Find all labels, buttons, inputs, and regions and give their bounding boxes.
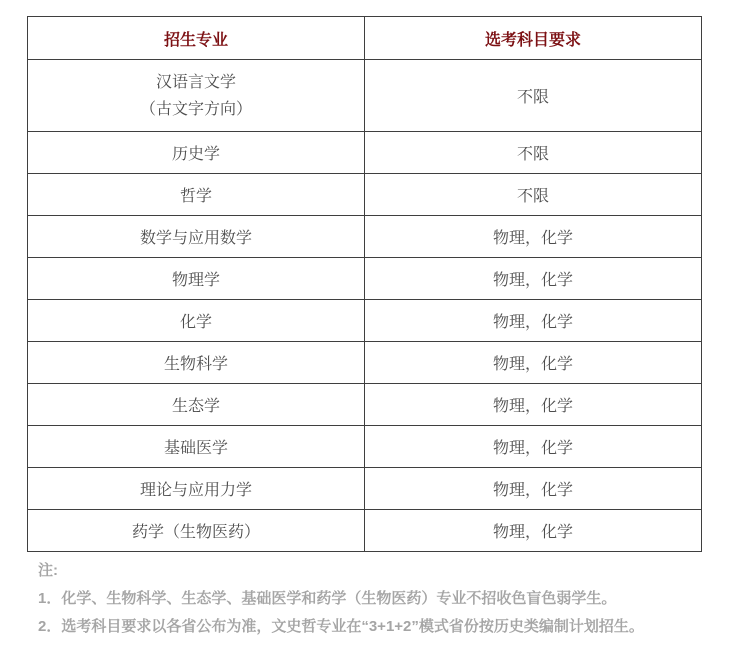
table-row: 生物科学 物理，化学 <box>28 342 702 384</box>
table-row: 生态学 物理，化学 <box>28 384 702 426</box>
major-cell: 历史学 <box>28 132 365 174</box>
major-cell: 理论与应用力学 <box>28 468 365 510</box>
column-header-requirement: 选考科目要求 <box>365 17 702 60</box>
major-cell: 基础医学 <box>28 426 365 468</box>
requirement-cell: 物理，化学 <box>365 300 702 342</box>
table-row: 基础医学 物理，化学 <box>28 426 702 468</box>
requirement-cell: 不限 <box>365 174 702 216</box>
major-line-2: （古文字方向） <box>28 96 364 123</box>
note-item-1: 1．化学、生物科学、生态学、基础医学和药学（生物医药）专业不招收色盲色弱学生。 <box>38 590 702 608</box>
requirement-cell: 物理，化学 <box>365 216 702 258</box>
table-row: 药学（生物医药） 物理，化学 <box>28 510 702 552</box>
major-cell: 生态学 <box>28 384 365 426</box>
requirement-cell: 不限 <box>365 132 702 174</box>
column-header-major: 招生专业 <box>28 17 365 60</box>
major-cell: 数学与应用数学 <box>28 216 365 258</box>
table-row: 汉语言文学 （古文字方向） 不限 <box>28 60 702 132</box>
major-line-1: 汉语言文学 <box>28 69 364 96</box>
table-row: 历史学 不限 <box>28 132 702 174</box>
major-cell: 化学 <box>28 300 365 342</box>
admissions-requirements-page: 招生专业 选考科目要求 汉语言文学 （古文字方向） 不限 历史学 不限 哲学 不… <box>0 0 731 655</box>
table-row: 哲学 不限 <box>28 174 702 216</box>
note-item-2: 2．选考科目要求以各省公布为准，文史哲专业在“3+1+2”模式省份按历史类编制计… <box>38 618 702 636</box>
table-row: 物理学 物理，化学 <box>28 258 702 300</box>
major-cell: 生物科学 <box>28 342 365 384</box>
requirement-cell: 物理，化学 <box>365 342 702 384</box>
major-cell: 药学（生物医药） <box>28 510 365 552</box>
major-cell: 汉语言文学 （古文字方向） <box>28 60 365 132</box>
requirement-cell: 物理，化学 <box>365 510 702 552</box>
table-row: 化学 物理，化学 <box>28 300 702 342</box>
table-row: 理论与应用力学 物理，化学 <box>28 468 702 510</box>
table-row: 数学与应用数学 物理，化学 <box>28 216 702 258</box>
requirement-cell: 物理，化学 <box>365 258 702 300</box>
requirement-cell: 物理，化学 <box>365 468 702 510</box>
requirement-cell: 物理，化学 <box>365 426 702 468</box>
majors-requirements-table: 招生专业 选考科目要求 汉语言文学 （古文字方向） 不限 历史学 不限 哲学 不… <box>27 16 702 552</box>
major-cell: 物理学 <box>28 258 365 300</box>
requirement-cell: 物理，化学 <box>365 384 702 426</box>
notes-label: 注: <box>38 562 702 580</box>
notes-section: 注: 1．化学、生物科学、生态学、基础医学和药学（生物医药）专业不招收色盲色弱学… <box>27 562 702 636</box>
table-header-row: 招生专业 选考科目要求 <box>28 17 702 60</box>
major-cell: 哲学 <box>28 174 365 216</box>
requirement-cell: 不限 <box>365 60 702 132</box>
